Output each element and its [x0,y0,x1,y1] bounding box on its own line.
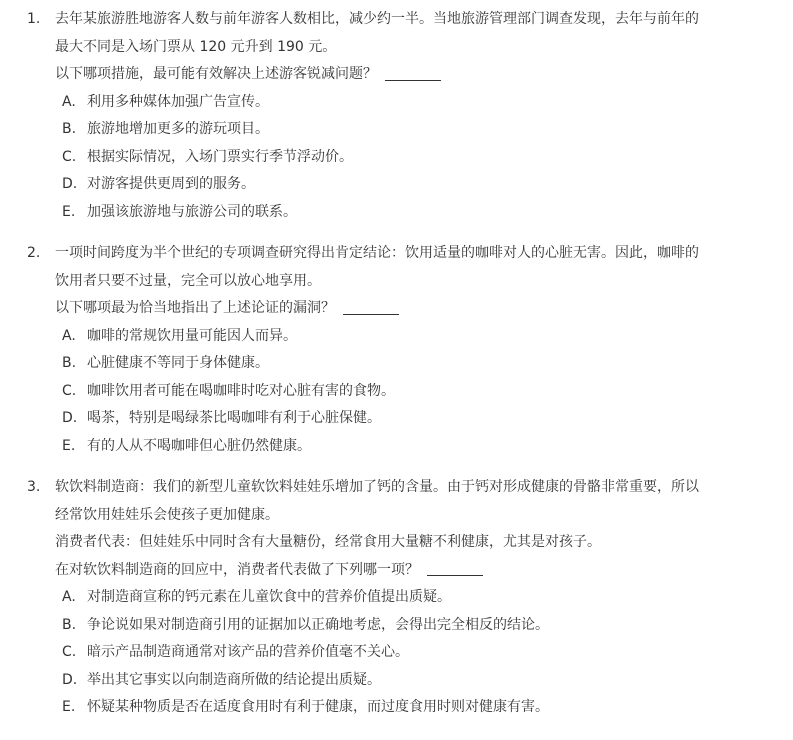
option-text: 根据实际情况，入场门票实行季节浮动价。 [87,144,353,172]
option-b: B. 旅游地增加更多的游玩项目。 [0,116,793,144]
option-text: 心脏健康不等同于身体健康。 [87,350,269,378]
option-c: C. 咖啡饮用者可能在喝咖啡时吃对心脏有害的食物。 [0,378,793,406]
option-text: 对制造商宣称的钙元素在儿童饮食中的营养价值提出质疑。 [87,584,451,612]
option-text: 喝茶，特别是喝绿茶比喝咖啡有利于心脏保健。 [87,405,381,433]
question-stem-text: 去年某旅游胜地游客人数与前年游客人数相比，减少约一半。当地旅游管理部门调查发现，… [55,6,699,34]
question-prompt: 在对软饮料制造商的回应中，消费者代表做了下列哪一项？ [55,562,419,578]
option-b: B. 心脏健康不等同于身体健康。 [0,350,793,378]
option-letter: A. [62,89,76,117]
question-prompt-line: 以下哪项措施，最可能有效解决上述游客锐减问题？ [0,61,793,89]
option-d: D. 对游客提供更周到的服务。 [0,171,793,199]
option-text: 争论说如果对制造商引用的证据加以正确地考虑，会得出完全相反的结论。 [87,612,549,640]
option-letter: B. [62,350,76,378]
option-letter: A. [62,323,76,351]
question-prompt-line: 以下哪项最为恰当地指出了上述论证的漏洞？ [0,295,793,323]
option-text: 加强该旅游地与旅游公司的联系。 [87,199,297,227]
option-a: A. 利用多种媒体加强广告宣传。 [0,89,793,117]
question-number: 3. [27,474,40,502]
option-d: D. 举出其它事实以向制造商所做的结论提出质疑。 [0,667,793,695]
question-stem-line: 饮用者只要不过量，完全可以放心地享用。 [0,268,793,296]
answer-blank [385,80,441,81]
option-text: 有的人从不喝咖啡但心脏仍然健康。 [87,433,311,461]
option-e: E. 有的人从不喝咖啡但心脏仍然健康。 [0,433,793,461]
question-number: 2. [27,240,40,268]
question-prompt: 以下哪项措施，最可能有效解决上述游客锐减问题？ [55,66,377,82]
option-letter: B. [62,116,76,144]
question-document: 1. 去年某旅游胜地游客人数与前年游客人数相比，减少约一半。当地旅游管理部门调查… [0,0,793,722]
option-letter: E. [62,199,75,227]
option-letter: D. [62,667,77,695]
question-stem-line: 3. 软饮料制造商：我们的新型儿童软饮料娃娃乐增加了钙的含量。由于钙对形成健康的… [0,474,793,502]
option-text: 咖啡饮用者可能在喝咖啡时吃对心脏有害的食物。 [87,378,395,406]
question-2: 2. 一项时间跨度为半个世纪的专项调查研究得出肯定结论：饮用适量的咖啡对人的心脏… [0,240,793,460]
option-letter: C. [62,639,76,667]
answer-blank [427,575,483,576]
option-a: A. 对制造商宣称的钙元素在儿童饮食中的营养价值提出质疑。 [0,584,793,612]
question-stem-line: 1. 去年某旅游胜地游客人数与前年游客人数相比，减少约一半。当地旅游管理部门调查… [0,6,793,34]
question-1: 1. 去年某旅游胜地游客人数与前年游客人数相比，减少约一半。当地旅游管理部门调查… [0,6,793,226]
option-text: 利用多种媒体加强广告宣传。 [87,89,269,117]
option-e: E. 加强该旅游地与旅游公司的联系。 [0,199,793,227]
option-a: A. 咖啡的常规饮用量可能因人而异。 [0,323,793,351]
option-letter: E. [62,433,75,461]
option-text: 旅游地增加更多的游玩项目。 [87,116,269,144]
option-letter: E. [62,694,75,722]
option-letter: C. [62,378,76,406]
option-d: D. 喝茶，特别是喝绿茶比喝咖啡有利于心脏保健。 [0,405,793,433]
option-letter: D. [62,405,77,433]
question-stem-text: 软饮料制造商：我们的新型儿童软饮料娃娃乐增加了钙的含量。由于钙对形成健康的骨骼非… [55,474,699,502]
option-text: 对游客提供更周到的服务。 [87,171,255,199]
option-text: 怀疑某种物质是否在适度食用时有利于健康，而过度食用时则对健康有害。 [87,694,549,722]
question-number: 1. [27,6,40,34]
option-letter: B. [62,612,76,640]
question-stem-text: 一项时间跨度为半个世纪的专项调查研究得出肯定结论：饮用适量的咖啡对人的心脏无害。… [55,240,699,268]
option-letter: C. [62,144,76,172]
option-letter: D. [62,171,77,199]
option-e: E. 怀疑某种物质是否在适度食用时有利于健康，而过度食用时则对健康有害。 [0,694,793,722]
option-text: 咖啡的常规饮用量可能因人而异。 [87,323,297,351]
option-c: C. 根据实际情况，入场门票实行季节浮动价。 [0,144,793,172]
question-stem-line: 消费者代表：但娃娃乐中同时含有大量糖份，经常食用大量糖不利健康，尤其是对孩子。 [0,529,793,557]
question-stem-text: 消费者代表：但娃娃乐中同时含有大量糖份，经常食用大量糖不利健康，尤其是对孩子。 [55,529,601,557]
option-text: 暗示产品制造商通常对该产品的营养价值毫不关心。 [87,639,409,667]
question-prompt-line: 在对软饮料制造商的回应中，消费者代表做了下列哪一项？ [0,557,793,585]
question-stem-text: 最大不同是入场门票从 120 元升到 190 元。 [55,34,336,62]
question-stem-line: 最大不同是入场门票从 120 元升到 190 元。 [0,34,793,62]
option-text: 举出其它事实以向制造商所做的结论提出质疑。 [87,667,381,695]
option-letter: A. [62,584,76,612]
question-3: 3. 软饮料制造商：我们的新型儿童软饮料娃娃乐增加了钙的含量。由于钙对形成健康的… [0,474,793,722]
option-c: C. 暗示产品制造商通常对该产品的营养价值毫不关心。 [0,639,793,667]
question-stem-line: 经常饮用娃娃乐会使孩子更加健康。 [0,502,793,530]
question-stem-line: 2. 一项时间跨度为半个世纪的专项调查研究得出肯定结论：饮用适量的咖啡对人的心脏… [0,240,793,268]
question-stem-text: 经常饮用娃娃乐会使孩子更加健康。 [55,502,279,530]
option-b: B. 争论说如果对制造商引用的证据加以正确地考虑，会得出完全相反的结论。 [0,612,793,640]
question-stem-text: 饮用者只要不过量，完全可以放心地享用。 [55,268,321,296]
question-prompt: 以下哪项最为恰当地指出了上述论证的漏洞？ [55,300,335,316]
answer-blank [343,314,399,315]
